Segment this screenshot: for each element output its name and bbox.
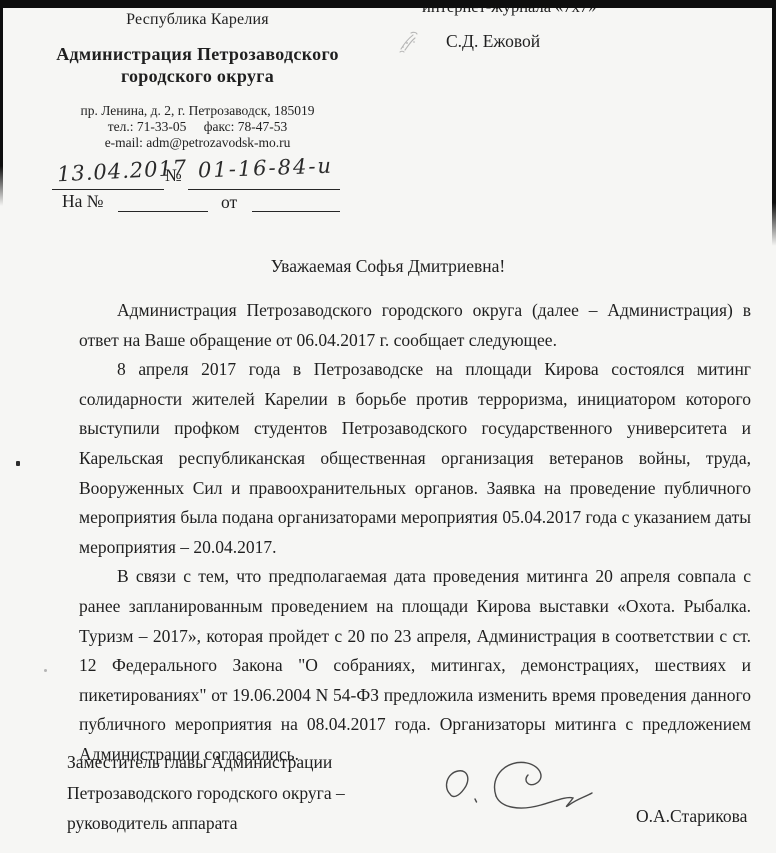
reply-date-blank-underline <box>252 211 340 212</box>
paragraph-2: 8 апреля 2017 года в Петрозаводске на пл… <box>79 355 751 562</box>
scan-edge-left <box>0 6 3 206</box>
letterhead-org-line1: Администрация Петрозаводского <box>50 43 345 65</box>
letterhead-phone: тел.: 71-33-05 <box>108 119 187 135</box>
letterhead-fax: факс: 78-47-53 <box>204 119 288 135</box>
letterhead-organization: Администрация Петрозаводского городского… <box>50 43 345 87</box>
letterhead: Республика Карелия Администрация Петроза… <box>50 11 345 151</box>
signer-title-line3: руководитель аппарата <box>67 808 407 839</box>
number-sign-label: № <box>165 165 182 186</box>
letterhead-region: Республика Карелия <box>50 11 345 29</box>
addressee-name: С.Д. Ежовой <box>446 31 540 52</box>
scanned-letter-page: Республика Карелия Администрация Петроза… <box>0 0 776 853</box>
date-underline <box>52 189 164 190</box>
signer-title-line1: Заместитель главы Администрации <box>67 747 407 778</box>
signer-title-block: Заместитель главы Администрации Петрозав… <box>67 747 407 839</box>
scan-edge-right <box>772 6 776 246</box>
reply-from-label: от <box>221 192 237 213</box>
paragraph-1: Администрация Петрозаводского городского… <box>79 296 751 355</box>
scan-speck <box>16 461 20 466</box>
letterhead-phone-fax: тел.: 71-33-05 факс: 78-47-53 <box>50 119 345 135</box>
stamp-mark <box>395 29 427 57</box>
letterhead-email: e-mail: adm@petrozavodsk-mo.ru <box>50 135 345 151</box>
handwritten-outgoing-number: 01-16-84-и <box>198 154 334 183</box>
reply-to-number-label: На № <box>62 191 103 212</box>
paragraph-3: В связи с тем, что предполагаемая дата п… <box>79 562 751 769</box>
scan-speck <box>44 669 47 672</box>
handwritten-signature <box>420 752 620 842</box>
signer-title-line2: Петрозаводского городского округа – <box>67 778 407 809</box>
letterhead-org-line2: городского округа <box>50 65 345 87</box>
reply-number-blank-underline <box>118 211 208 212</box>
number-underline <box>188 189 340 190</box>
scan-edge-top <box>0 0 776 8</box>
salutation: Уважаемая Софья Дмитриевна! <box>30 256 746 277</box>
letter-body: Администрация Петрозаводского городского… <box>79 296 751 770</box>
letterhead-address: пр. Ленина, д. 2, г. Петрозаводск, 18501… <box>50 103 345 119</box>
letterhead-contacts: пр. Ленина, д. 2, г. Петрозаводск, 18501… <box>50 103 345 151</box>
signer-name: О.А.Старикова <box>636 806 747 827</box>
